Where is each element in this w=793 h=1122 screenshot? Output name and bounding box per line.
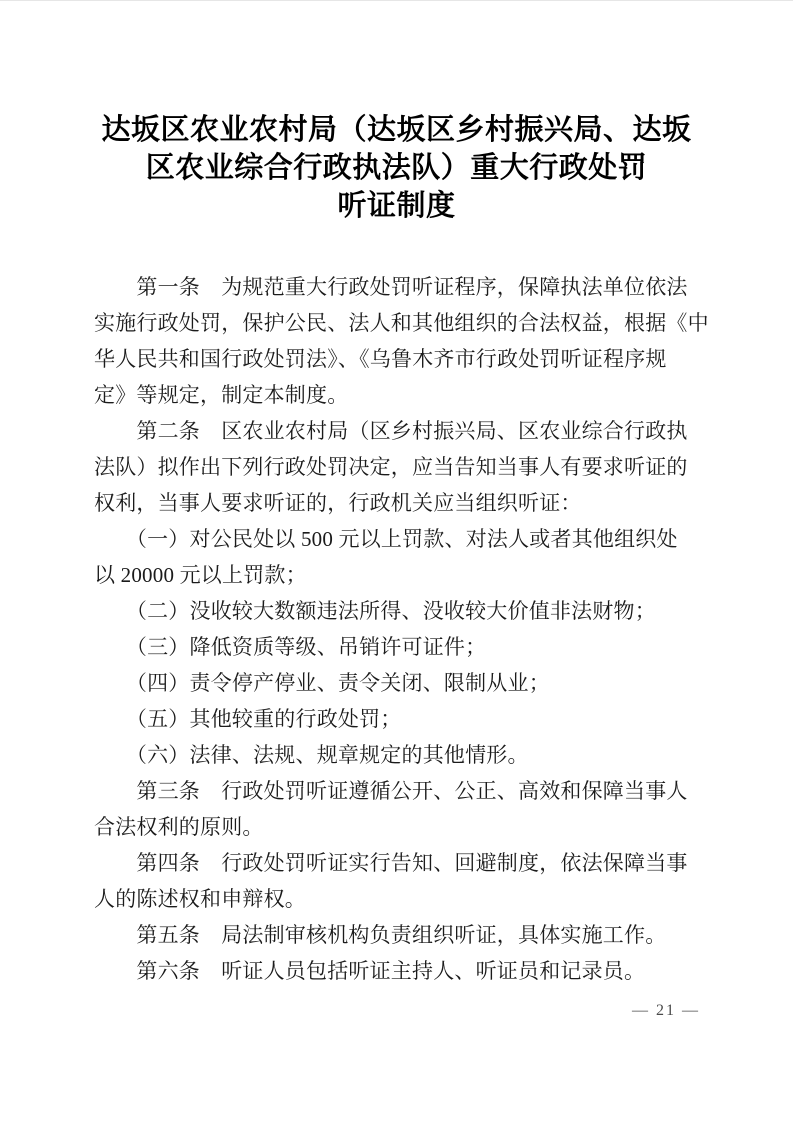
body-text-line: 第五条 局法制审核机构负责组织听证，具体实施工作。 bbox=[94, 917, 734, 953]
body-text-line: （五）其他较重的行政处罚； bbox=[94, 701, 734, 737]
document-title-line: 达坂区农业农村局（达坂区乡村振兴局、达坂 bbox=[0, 111, 793, 149]
document-title-line: 听证制度 bbox=[0, 187, 793, 225]
body-text-line: 第二条 区农业农村局（区乡村振兴局、区农业综合行政执 bbox=[94, 413, 734, 449]
body-text-line: （六）法律、法规、规章规定的其他情形。 bbox=[94, 737, 734, 773]
body-text-line: （三）降低资质等级、吊销许可证件； bbox=[94, 629, 734, 665]
body-text-line: 第一条 为规范重大行政处罚听证程序，保障执法单位依法 bbox=[94, 269, 734, 305]
body-text-line: 法队）拟作出下列行政处罚决定，应当告知当事人有要求听证的 bbox=[94, 449, 734, 485]
body-text-line: 以 20000 元以上罚款； bbox=[94, 557, 734, 593]
body-text-line: 第四条 行政处罚听证实行告知、回避制度，依法保障当事 bbox=[94, 845, 734, 881]
body-text-line: 华人民共和国行政处罚法》、《乌鲁木齐市行政处罚听证程序规 bbox=[94, 341, 734, 377]
body-text-line: 第六条 听证人员包括听证主持人、听证员和记录员。 bbox=[94, 953, 734, 989]
document-page: 达坂区农业农村局（达坂区乡村振兴局、达坂区农业综合行政执法队）重大行政处罚听证制… bbox=[0, 0, 793, 1122]
body-text-line: 定》等规定，制定本制度。 bbox=[94, 377, 734, 413]
body-text-line: 权利，当事人要求听证的，行政机关应当组织听证： bbox=[94, 485, 734, 521]
page-number: — 21 — bbox=[632, 1002, 700, 1020]
document-title-line: 区农业综合行政执法队）重大行政处罚 bbox=[0, 149, 793, 187]
body-text-line: （四）责令停产停业、责令关闭、限制从业； bbox=[94, 665, 734, 701]
document-title: 达坂区农业农村局（达坂区乡村振兴局、达坂区农业综合行政执法队）重大行政处罚听证制… bbox=[0, 111, 793, 225]
body-text-line: 合法权利的原则。 bbox=[94, 809, 734, 845]
body-text-line: 第三条 行政处罚听证遵循公开、公正、高效和保障当事人 bbox=[94, 773, 734, 809]
body-text-line: 实施行政处罚，保护公民、法人和其他组织的合法权益，根据《中 bbox=[94, 305, 734, 341]
document-body: 第一条 为规范重大行政处罚听证程序，保障执法单位依法实施行政处罚，保护公民、法人… bbox=[94, 269, 734, 989]
body-text-line: （二）没收较大数额违法所得、没收较大价值非法财物； bbox=[94, 593, 734, 629]
body-text-line: （一）对公民处以 500 元以上罚款、对法人或者其他组织处 bbox=[94, 521, 734, 557]
body-text-line: 人的陈述权和申辩权。 bbox=[94, 881, 734, 917]
